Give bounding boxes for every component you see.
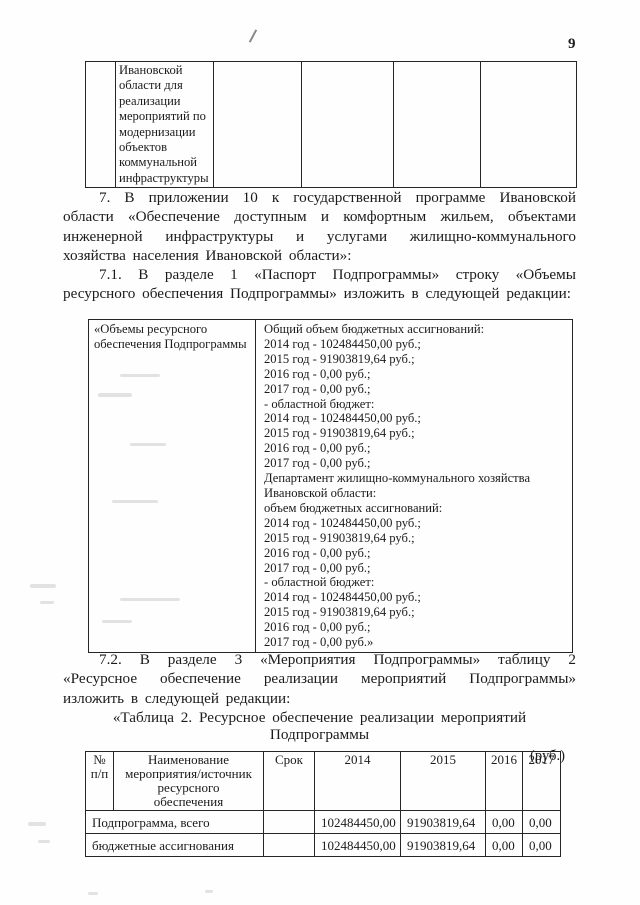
budget-line: 2016 год - 0,00 руб.; (264, 367, 568, 382)
empty-cell (302, 62, 394, 188)
header-row: № п/п Наименование мероприятия/источник … (86, 752, 561, 811)
budget-line: 2015 год - 91903819,64 руб.; (264, 352, 568, 367)
scan-noise (38, 840, 50, 843)
budget-line: 2017 год - 0,00 руб.; (264, 456, 568, 471)
resource-table: № п/п Наименование мероприятия/источник … (85, 751, 561, 857)
budget-line: 2016 год - 0,00 руб.; (264, 620, 568, 635)
table-row: Ивановской области для реализации меропр… (86, 62, 577, 188)
budget-line: 2014 год - 102484450,00 руб.; (264, 516, 568, 531)
scan-artifact-slash (249, 29, 257, 42)
header-2014: 2014 (315, 752, 401, 811)
empty-cell (214, 62, 302, 188)
budget-line: 2015 год - 91903819,64 руб.; (264, 426, 568, 441)
scan-noise (130, 443, 166, 446)
budget-line: 2016 год - 0,00 руб.; (264, 441, 568, 456)
table2-caption: «Таблица 2. Ресурсное обеспечение реализ… (63, 709, 576, 744)
budget-line: 2015 год - 91903819,64 руб.; (264, 605, 568, 620)
budget-line: 2016 год - 0,00 руб.; (264, 546, 568, 561)
document-page: 9 Ивановской области для реализации меро… (0, 0, 640, 905)
header-num: № п/п (86, 752, 114, 811)
budget-line: Департамент жилищно-коммунального хозяйс… (264, 471, 568, 486)
header-2015: 2015 (401, 752, 486, 811)
header-2017: 2017 (523, 752, 561, 811)
paragraph-7: 7. В приложении 10 к государственной про… (63, 188, 576, 265)
row-2017: 0,00 (523, 810, 561, 833)
budget-line: 2017 год - 0,00 руб.; (264, 561, 568, 576)
paragraph-7-2: 7.2. В разделе 3 «Мероприятия Подпрограм… (63, 650, 576, 708)
table-row: «Объемы ресурсного обеспечения Подпрогра… (89, 320, 573, 653)
scan-noise (30, 584, 56, 588)
table-row: Подпрограмма, всего 102484450,00 9190381… (86, 810, 561, 833)
scan-noise (112, 500, 158, 503)
budget-line: Ивановской области: (264, 486, 568, 501)
passport-row-label: «Объемы ресурсного обеспечения Подпрогра… (89, 320, 256, 653)
row-2016: 0,00 (486, 833, 523, 856)
budget-line: 2017 год - 0,00 руб.» (264, 635, 568, 650)
empty-cell (481, 62, 577, 188)
header-name: Наименование мероприятия/источник ресурс… (114, 752, 264, 811)
budget-line: 2015 год - 91903819,64 руб.; (264, 531, 568, 546)
row-2015: 91903819,64 (401, 833, 486, 856)
passport-row-value: Общий объем бюджетных ассигнований: 2014… (256, 320, 573, 653)
budget-line: объем бюджетных ассигнований: (264, 501, 568, 516)
row-label: Подпрограмма, всего (86, 810, 264, 833)
budget-line: 2014 год - 102484450,00 руб.; (264, 411, 568, 426)
empty-cell (394, 62, 481, 188)
row-2014: 102484450,00 (315, 810, 401, 833)
scan-noise (120, 374, 160, 377)
row-2016: 0,00 (486, 810, 523, 833)
passport-table: «Объемы ресурсного обеспечения Подпрогра… (88, 319, 573, 653)
empty-cell (86, 62, 116, 188)
scan-noise (88, 892, 98, 895)
section-7-2: 7.2. В разделе 3 «Мероприятия Подпрограм… (63, 650, 576, 764)
page-number: 9 (568, 36, 576, 53)
row-srok (264, 810, 315, 833)
budget-line: 2014 год - 102484450,00 руб.; (264, 590, 568, 605)
header-srok: Срок (264, 752, 315, 811)
row-label: бюджетные ассигнования (86, 833, 264, 856)
row-2015: 91903819,64 (401, 810, 486, 833)
table-row: бюджетные ассигнования 102484450,00 9190… (86, 833, 561, 856)
scan-noise (40, 601, 54, 604)
scan-noise (120, 598, 180, 601)
budget-line: 2017 год - 0,00 руб.; (264, 382, 568, 397)
budget-line: Общий объем бюджетных ассигнований: (264, 322, 568, 337)
continued-table-fragment: Ивановской области для реализации меропр… (85, 61, 577, 188)
row-2014: 102484450,00 (315, 833, 401, 856)
header-2016: 2016 (486, 752, 523, 811)
budget-line: 2014 год - 102484450,00 руб.; (264, 337, 568, 352)
paragraph-7-1: 7.1. В разделе 1 «Паспорт Подпрограммы» … (63, 265, 576, 304)
scan-noise (98, 393, 132, 397)
row-2017: 0,00 (523, 833, 561, 856)
measure-name-cell: Ивановской области для реализации меропр… (116, 62, 214, 188)
budget-line: - областной бюджет: (264, 397, 568, 412)
budget-line: - областной бюджет: (264, 575, 568, 590)
row-srok (264, 833, 315, 856)
body-text-block: 7. В приложении 10 к государственной про… (63, 188, 576, 304)
scan-noise (28, 822, 46, 826)
scan-noise (102, 620, 132, 623)
scan-noise (205, 890, 213, 893)
